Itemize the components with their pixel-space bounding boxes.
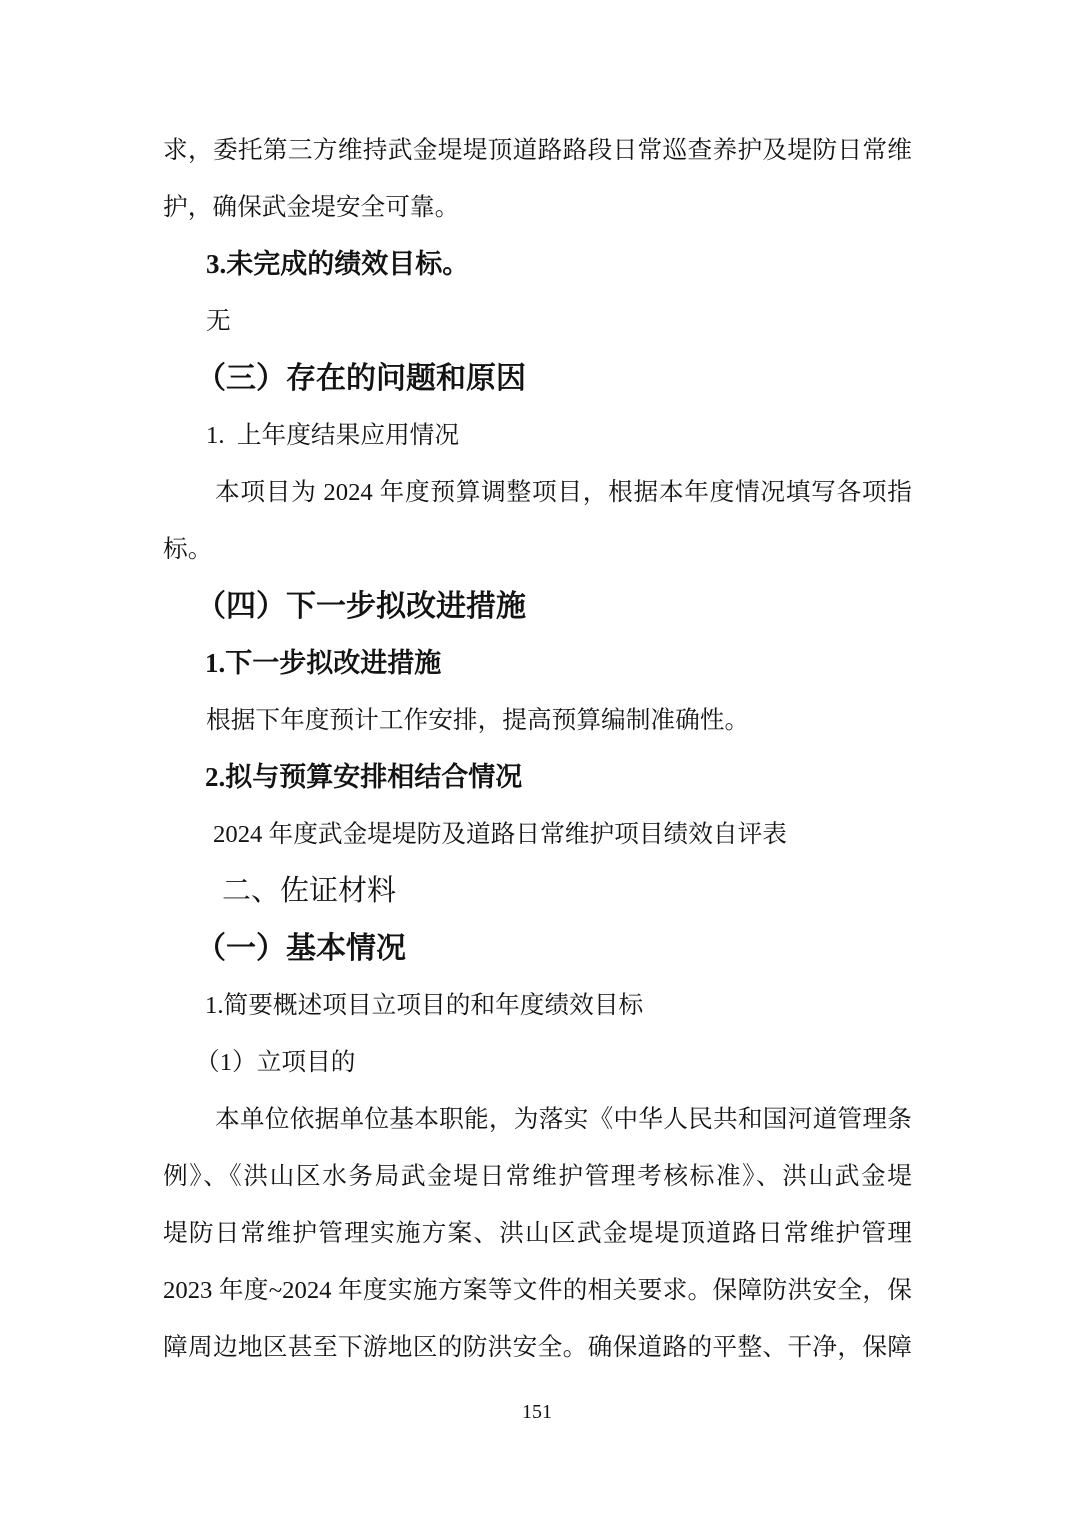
text-line: 求，委托第三方维持武金堤堤顶道路路段日常巡查养护及堤防日常维	[163, 122, 912, 179]
text-line: 3.未完成的绩效目标。	[163, 236, 912, 293]
text-line: 无	[163, 293, 912, 350]
text-line: 障周边地区甚至下游地区的防洪安全。确保道路的平整、干净，保障	[163, 1319, 912, 1376]
text-line: 本单位依据单位基本职能，为落实《中华人民共和国河道管理条	[163, 1091, 912, 1148]
text-line: （三）存在的问题和原因	[163, 350, 912, 407]
text-line: 2.拟与预算安排相结合情况	[163, 749, 912, 806]
text-line: 1.下一步拟改进措施	[163, 635, 912, 692]
text-line: 标。	[163, 521, 912, 578]
text-line: （一）基本情况	[163, 920, 912, 977]
text-line: （四）下一步拟改进措施	[163, 578, 912, 635]
text-line: 护，确保武金堤安全可靠。	[163, 179, 912, 236]
document-page: { "page": { "background": "#ffffff", "te…	[0, 0, 1074, 1520]
document-body: 求，委托第三方维持武金堤堤顶道路路段日常巡查养护及堤防日常维护，确保武金堤安全可…	[163, 122, 912, 1376]
text-line: 2023 年度~2024 年度实施方案等文件的相关要求。保障防洪安全，保	[163, 1262, 912, 1319]
text-line: 根据下年度预计工作安排，提高预算编制准确性。	[163, 692, 912, 749]
text-line: 本项目为 2024 年度预算调整项目，根据本年度情况填写各项指	[163, 464, 912, 521]
text-line: 2024 年度武金堤堤防及道路日常维护项目绩效自评表	[163, 806, 912, 863]
text-line: （1）立项目的	[163, 1034, 912, 1091]
page-number: 151	[0, 1398, 1074, 1426]
text-line: 堤防日常维护管理实施方案、洪山区武金堤堤顶道路日常维护管理	[163, 1205, 912, 1262]
text-line: 例》、《洪山区水务局武金堤日常维护管理考核标准》、洪山武金堤	[163, 1148, 912, 1205]
text-line: 二、佐证材料	[163, 863, 912, 920]
text-line: 1.简要概述项目立项目的和年度绩效目标	[163, 977, 912, 1034]
text-line: 1. 上年度结果应用情况	[163, 407, 912, 464]
